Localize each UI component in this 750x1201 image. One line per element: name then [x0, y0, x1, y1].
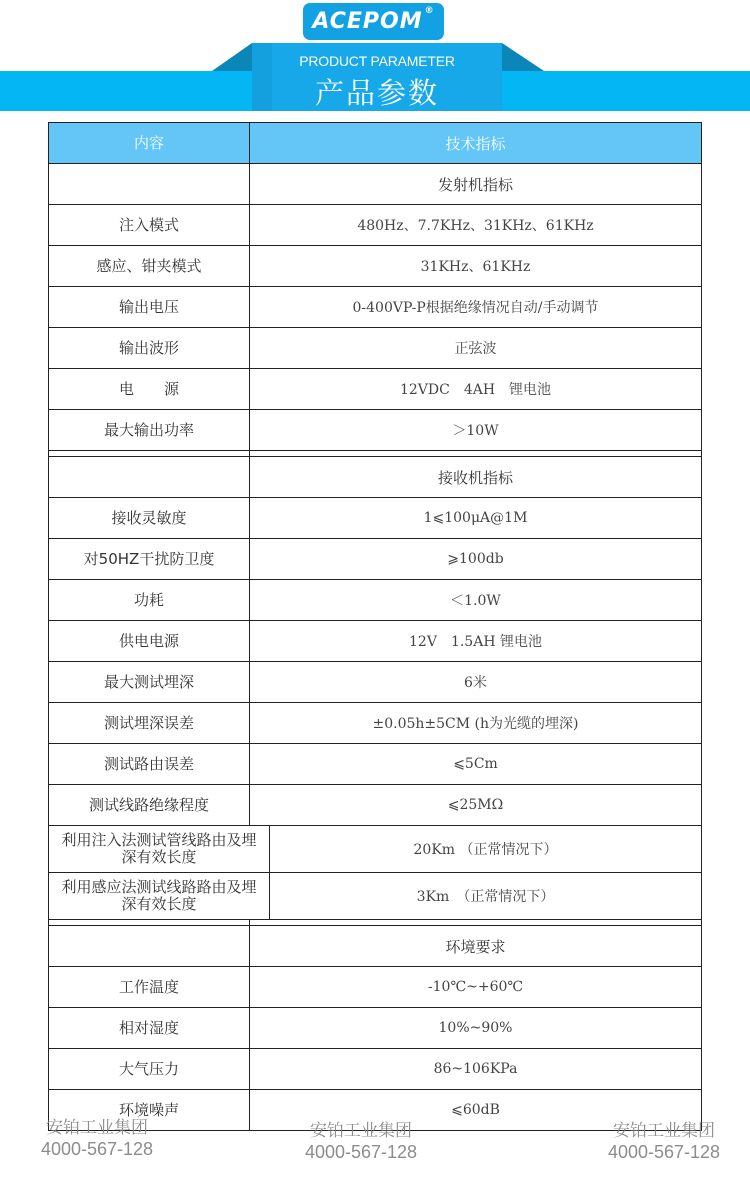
registered-mark-icon: ® — [425, 6, 435, 16]
row-value: -10℃~+60℃ — [250, 967, 701, 1007]
table-row: 电 源12VDC 4AH 锂电池 — [49, 368, 701, 409]
table-row: 测试路由误差⩽5Cm — [49, 743, 701, 784]
row-value: ⩾100db — [250, 539, 701, 579]
row-label: 注入模式 — [49, 205, 250, 245]
table-row: 大气压力86~106KPa — [49, 1048, 701, 1089]
table-row: 供电电源12V 1.5AH 锂电池 — [49, 620, 701, 661]
product-parameter-banner: ACEPOM® PRODUCT PARAMETER 产品参数 — [0, 0, 750, 115]
banner-wing-left — [212, 43, 252, 71]
watermark-company: 安铂工业集团 — [286, 1121, 436, 1141]
banner-title-cn: 产品参数 — [252, 71, 502, 112]
row-value: 0-400VP-P根据绝缘情况自动/手动调节 — [250, 287, 701, 327]
table-row: 最大输出功率＞10W — [49, 409, 701, 450]
section-label-empty — [49, 164, 250, 204]
row-label: 供电电源 — [49, 621, 250, 661]
section-title-row-receiver: 接收机指标 — [49, 456, 701, 497]
row-value: ⩽5Cm — [250, 744, 701, 784]
watermark-center: 安铂工业集团 4000-567-128 — [286, 1121, 436, 1163]
row-value: 6米 — [250, 662, 701, 702]
row-value: 正弦波 — [250, 328, 701, 368]
watermark-phone: 4000-567-128 — [22, 1138, 172, 1160]
section-title-row-transmitter: 发射机指标 — [49, 163, 701, 204]
row-value: ⩽25MΩ — [250, 785, 701, 825]
section-title: 环境要求 — [250, 926, 701, 966]
table-row: 测试线路绝缘程度⩽25MΩ — [49, 784, 701, 825]
row-value: 480Hz、7.7KHz、31KHz、61KHz — [250, 205, 701, 245]
row-value: 86~106KPa — [250, 1049, 701, 1089]
row-value: 12V 1.5AH 锂电池 — [250, 621, 701, 661]
row-label: 测试路由误差 — [49, 744, 250, 784]
row-label: 对50HZ干扰防卫度 — [49, 539, 250, 579]
section-label-empty — [49, 926, 250, 966]
table-row: 输出电压0-400VP-P根据绝缘情况自动/手动调节 — [49, 286, 701, 327]
row-value: 20Km （正常情况下） — [270, 826, 701, 872]
banner-wing-right — [502, 43, 544, 71]
section-label-empty — [49, 457, 250, 497]
row-label: 输出波形 — [49, 328, 250, 368]
watermark-phone: 4000-567-128 — [589, 1141, 739, 1163]
section-divider — [49, 450, 701, 456]
brand-logo-text: ACEPOM — [312, 9, 422, 34]
watermark-company: 安铂工业集团 — [589, 1121, 739, 1141]
divider-cell — [250, 920, 701, 925]
section-title-row-environment: 环境要求 — [49, 925, 701, 966]
table-row: 接收灵敏度1⩽100μA@1M — [49, 497, 701, 538]
divider-cell — [49, 920, 250, 925]
row-value: 31KHz、61KHz — [250, 246, 701, 286]
table-row: 注入模式480Hz、7.7KHz、31KHz、61KHz — [49, 204, 701, 245]
section-title: 接收机指标 — [250, 457, 701, 497]
row-value: ＜1.0W — [250, 580, 701, 620]
table-row: 相对湿度10%~90% — [49, 1007, 701, 1048]
row-label: 利用感应法测试线路路由及埋深有效长度 — [49, 873, 270, 919]
watermark-left: 安铂工业集团 4000-567-128 — [22, 1118, 172, 1160]
row-label: 接收灵敏度 — [49, 498, 250, 538]
row-value: 10%~90% — [250, 1008, 701, 1048]
row-label: 输出电压 — [49, 287, 250, 327]
banner-subtitle-en: PRODUCT PARAMETER — [252, 53, 502, 69]
divider-cell — [49, 451, 250, 456]
row-label: 测试线路绝缘程度 — [49, 785, 250, 825]
brand-logo: ACEPOM® — [303, 3, 444, 40]
row-value: 12VDC 4AH 锂电池 — [250, 369, 701, 409]
row-label: 测试埋深误差 — [49, 703, 250, 743]
header-col-content: 内容 — [49, 123, 250, 163]
section-title: 发射机指标 — [250, 164, 701, 204]
table-row: 测试埋深误差±0.05h±5CM (h为光缆的埋深) — [49, 702, 701, 743]
row-value: ＞10W — [250, 410, 701, 450]
table-row: 工作温度-10℃~+60℃ — [49, 966, 701, 1007]
divider-cell — [250, 451, 701, 456]
row-label: 感应、钳夹模式 — [49, 246, 250, 286]
row-label: 大气压力 — [49, 1049, 250, 1089]
table-row: 输出波形正弦波 — [49, 327, 701, 368]
row-label: 工作温度 — [49, 967, 250, 1007]
table-row: 利用注入法测试管线路由及埋深有效长度20Km （正常情况下） — [49, 825, 701, 872]
row-label: 最大输出功率 — [49, 410, 250, 450]
watermark-phone: 4000-567-128 — [286, 1141, 436, 1163]
row-label: 功耗 — [49, 580, 250, 620]
row-value: 3Km （正常情况下） — [270, 873, 701, 919]
table-row: 最大测试埋深6米 — [49, 661, 701, 702]
row-value: 1⩽100μA@1M — [250, 498, 701, 538]
table-row: 感应、钳夹模式31KHz、61KHz — [49, 245, 701, 286]
row-label: 电 源 — [49, 369, 250, 409]
table-row: 对50HZ干扰防卫度⩾100db — [49, 538, 701, 579]
header-col-spec: 技术指标 — [250, 123, 701, 163]
section-divider — [49, 919, 701, 925]
parameter-table: 内容 技术指标 发射机指标 注入模式480Hz、7.7KHz、31KHz、61K… — [48, 122, 702, 1131]
row-label: 相对湿度 — [49, 1008, 250, 1048]
row-label: 利用注入法测试管线路由及埋深有效长度 — [49, 826, 270, 872]
table-row: 功耗＜1.0W — [49, 579, 701, 620]
table-row: 利用感应法测试线路路由及埋深有效长度3Km （正常情况下） — [49, 872, 701, 919]
row-value: ±0.05h±5CM (h为光缆的埋深) — [250, 703, 701, 743]
watermark-company: 安铂工业集团 — [22, 1118, 172, 1138]
row-label: 最大测试埋深 — [49, 662, 250, 702]
table-header-row: 内容 技术指标 — [49, 122, 701, 163]
watermark-right: 安铂工业集团 4000-567-128 — [589, 1121, 739, 1163]
